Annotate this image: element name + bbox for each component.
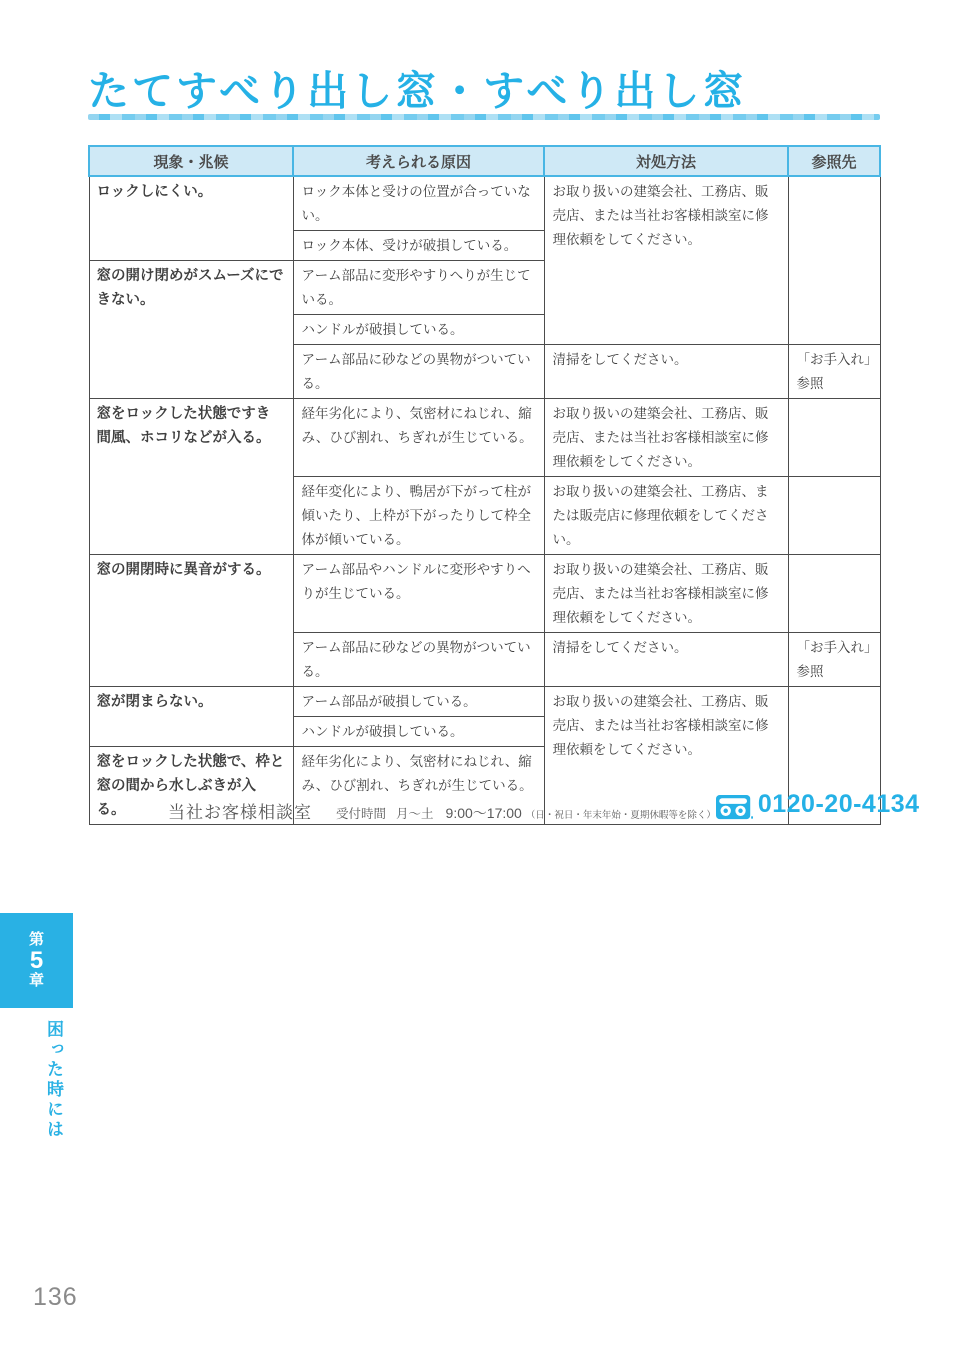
chapter-tab: 第 5 章 <box>0 913 73 1008</box>
customer-service-name: 当社お客様相談室 <box>168 798 312 823</box>
cause-cell: ロック本体、受けが破損している。 <box>293 231 544 261</box>
reception-time: 9:00～17:00 <box>446 803 522 823</box>
symptom-cell: ロックしにくい。 <box>89 176 293 261</box>
reference-cell: 「お手入れ」参照 <box>788 345 880 399</box>
toll-free-number: 0120-20-4134 <box>758 790 920 819</box>
cause-cell: 経年劣化により、気密材にねじれ、縮み、ひび割れ、ちぎれが生じている。 <box>293 399 544 477</box>
chapter-prefix: 第 <box>29 932 44 948</box>
table-header-row: 現象・兆候 考えられる原因 対処方法 参照先 <box>89 146 880 176</box>
chapter-number: 5 <box>30 948 43 973</box>
cause-cell: ロック本体と受けの位置が合っていない。 <box>293 176 544 231</box>
manual-page: たてすべり出し窓・すべり出し窓 現象・兆候 考えられる原因 対処方法 参照先 ロ… <box>0 0 960 1358</box>
page-title: たてすべり出し窓・すべり出し窓 <box>88 58 746 117</box>
remedy-cell: お取り扱いの建築会社、工務店、販売店、または当社お客様相談室に修理依頼をしてくだ… <box>544 555 788 633</box>
toll-free-phone-icon <box>716 795 753 821</box>
reception-hours-label: 受付時間 <box>336 804 386 822</box>
cause-cell: アーム部品が破損している。 <box>293 687 544 717</box>
remedy-cell: お取り扱いの建築会社、工務店、または販売店に修理依頼をしてください。 <box>544 477 788 555</box>
table-row: 窓をロックした状態ですき間風、ホコリなどが入る。 経年劣化により、気密材にねじれ… <box>89 399 880 477</box>
chapter-title-vertical: 困った時には <box>41 1020 66 1140</box>
reference-cell-empty <box>788 176 880 345</box>
remedy-cell: 清掃をしてください。 <box>544 345 788 399</box>
reception-days: 月～土 <box>396 804 434 822</box>
remedy-cell: お取り扱いの建築会社、工務店、販売店、または当社お客様相談室に修理依頼をしてくだ… <box>544 176 788 345</box>
column-header-remedy: 対処方法 <box>544 146 788 176</box>
reference-cell-empty <box>788 555 880 633</box>
reference-cell-empty <box>788 477 880 555</box>
cause-cell: アーム部品に砂などの異物がついている。 <box>293 345 544 399</box>
page-number: 136 <box>33 1283 78 1312</box>
table-row: ロックしにくい。 ロック本体と受けの位置が合っていない。 お取り扱いの建築会社、… <box>89 176 880 231</box>
title-brush-underline <box>88 114 880 120</box>
table-row: 窓の開閉時に異音がする。 アーム部品やハンドルに変形やすりへりが生じている。 お… <box>89 555 880 633</box>
cause-cell: 経年変化により、鴨居が下がって柱が傾いたり、上枠が下がったりして枠全体が傾いてい… <box>293 477 544 555</box>
cause-cell: ハンドルが破損している。 <box>293 717 544 747</box>
remedy-cell: 清掃をしてください。 <box>544 633 788 687</box>
reference-cell: 「お手入れ」参照 <box>788 633 880 687</box>
troubleshooting-table: 現象・兆候 考えられる原因 対処方法 参照先 ロックしにくい。 ロック本体と受け… <box>88 145 881 825</box>
column-header-reference: 参照先 <box>788 146 880 176</box>
symptom-cell: 窓の開閉時に異音がする。 <box>89 555 293 687</box>
chapter-suffix: 章 <box>29 973 44 989</box>
column-header-symptom: 現象・兆候 <box>89 146 293 176</box>
symptom-cell: 窓の開け閉めがスムーズにできない。 <box>89 261 293 399</box>
phone-group: 0120-20-4134 <box>716 790 920 819</box>
table-row: 窓が閉まらない。 アーム部品が破損している。 お取り扱いの建築会社、工務店、販売… <box>89 687 880 717</box>
symptom-cell: 窓をロックした状態ですき間風、ホコリなどが入る。 <box>89 399 293 555</box>
column-header-cause: 考えられる原因 <box>293 146 544 176</box>
customer-service-line: 当社お客様相談室 受付時間 月～土 9:00～17:00 （日・祝日・年末年始・… <box>168 790 880 823</box>
reception-note: （日・祝日・年末年始・夏期休暇等を除く） <box>526 807 716 821</box>
cause-cell: ハンドルが破損している。 <box>293 315 544 345</box>
symptom-cell: 窓が閉まらない。 <box>89 687 293 747</box>
cause-cell: アーム部品に砂などの異物がついている。 <box>293 633 544 687</box>
remedy-cell: お取り扱いの建築会社、工務店、販売店、または当社お客様相談室に修理依頼をしてくだ… <box>544 399 788 477</box>
cause-cell: アーム部品やハンドルに変形やすりへりが生じている。 <box>293 555 544 633</box>
reference-cell-empty <box>788 399 880 477</box>
cause-cell: アーム部品に変形やすりへりが生じている。 <box>293 261 544 315</box>
